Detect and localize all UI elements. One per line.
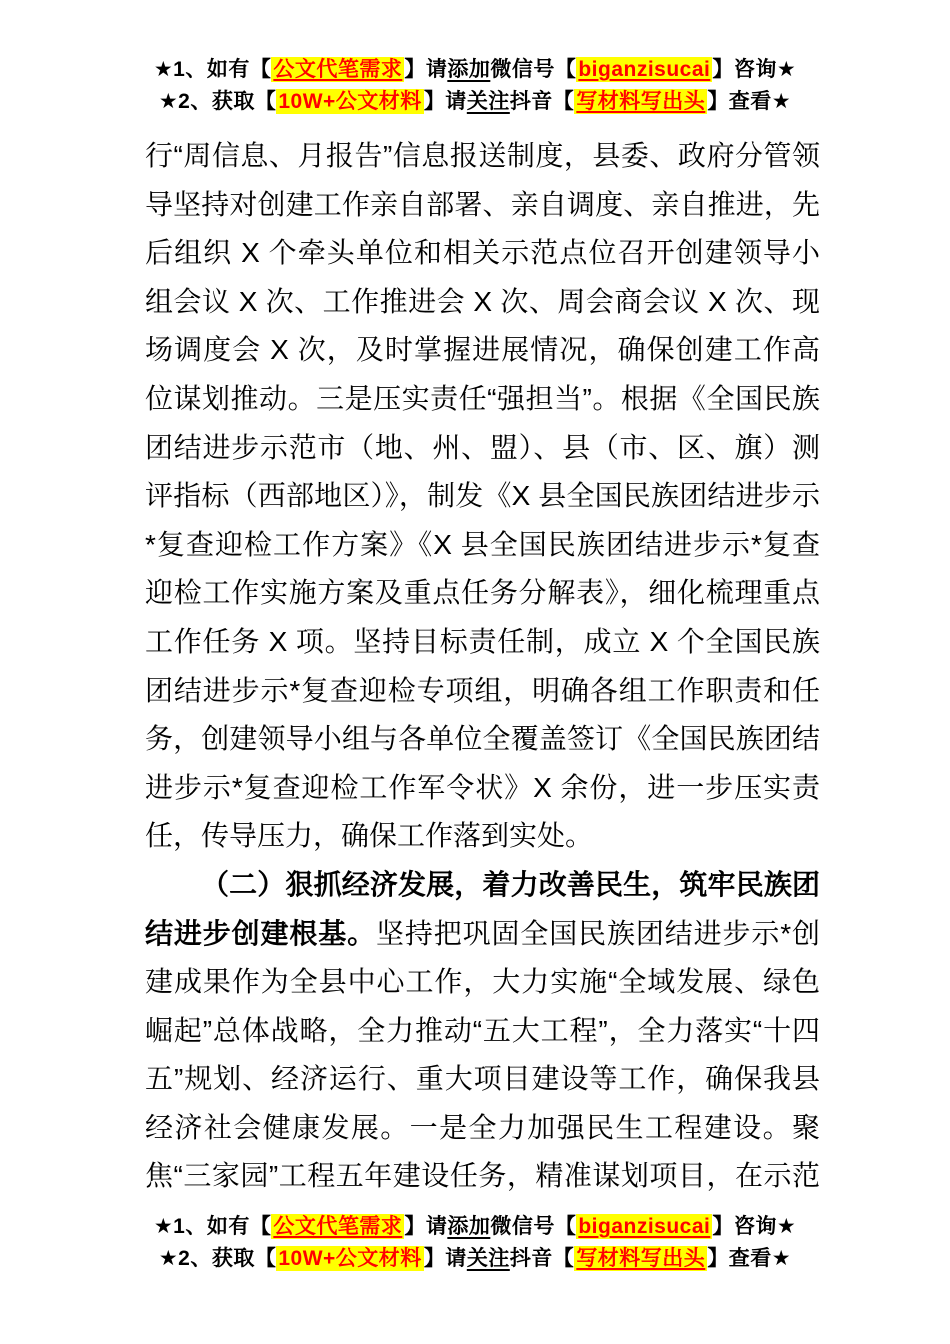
text-segment-plain: 行“周信息、月报告”信息报送制度，县委、政府分管领导坚持对创建工作亲自部署、亲自… <box>145 140 820 851</box>
text-segment-plain: 坚持把巩固全国民族团结进步示*创建成果作为全县中心工作，大力实施“全域发展、绿色… <box>145 918 820 1202</box>
text-segment-plain: 】查看★ <box>707 1247 791 1270</box>
text-segment-u: 添加 <box>447 58 490 81</box>
promo-header-line-1: ★1、如有【公文代笔需求】请添加微信号【biganzisucai】咨询★ <box>0 54 950 86</box>
text-segment-plain: 微信号【 <box>490 58 576 81</box>
text-segment-plain: 】请 <box>424 90 467 113</box>
body-paragraph-section-two: （二）狠抓经济发展，着力改善民生，筑牢民族团结进步创建根基。坚持把巩固全国民族团… <box>145 861 820 1201</box>
text-segment-u: 关注 <box>467 1247 510 1270</box>
promo-footer-line-2: ★2、获取【10W+公文材料】请关注抖音【写材料写出头】查看★ <box>0 1243 950 1275</box>
promo-header-line-2: ★2、获取【10W+公文材料】请关注抖音【写材料写出头】查看★ <box>0 86 950 118</box>
promo-header: ★1、如有【公文代笔需求】请添加微信号【biganzisucai】咨询★ ★2、… <box>0 0 950 118</box>
text-segment-plain: ★1、如有【 <box>154 58 272 81</box>
text-segment-u: 关注 <box>467 90 510 113</box>
text-segment-hlu: biganzisucai <box>576 57 712 82</box>
text-segment-plain: 】咨询★ <box>712 58 796 81</box>
text-segment-hl: 10W+公文材料 <box>276 1246 423 1271</box>
text-segment-hlu: biganzisucai <box>576 1214 712 1239</box>
text-segment-plain: 抖音【 <box>510 90 575 113</box>
text-segment-plain: ★2、获取【 <box>159 90 277 113</box>
text-segment-plain: 微信号【 <box>490 1215 576 1238</box>
document-body: 行“周信息、月报告”信息报送制度，县委、政府分管领导坚持对创建工作亲自部署、亲自… <box>145 132 820 1201</box>
text-segment-hl: 10W+公文材料 <box>276 89 423 114</box>
text-segment-hlu: 写材料写出头 <box>574 1246 707 1271</box>
text-segment-plain: 】咨询★ <box>712 1215 796 1238</box>
text-segment-plain: 】请 <box>404 1215 447 1238</box>
text-segment-plain: ★1、如有【 <box>154 1215 272 1238</box>
text-segment-hlu: 公文代笔需求 <box>271 57 404 82</box>
promo-footer: ★1、如有【公文代笔需求】请添加微信号【biganzisucai】咨询★ ★2、… <box>0 1211 950 1275</box>
document-page: ★1、如有【公文代笔需求】请添加微信号【biganzisucai】咨询★ ★2、… <box>0 0 950 1344</box>
promo-footer-line-1: ★1、如有【公文代笔需求】请添加微信号【biganzisucai】咨询★ <box>0 1211 950 1243</box>
text-segment-plain: ★2、获取【 <box>159 1247 277 1270</box>
text-segment-hlu: 写材料写出头 <box>574 89 707 114</box>
text-segment-plain: 】查看★ <box>707 90 791 113</box>
text-segment-plain: 抖音【 <box>510 1247 575 1270</box>
body-paragraph-continuation: 行“周信息、月报告”信息报送制度，县委、政府分管领导坚持对创建工作亲自部署、亲自… <box>145 132 820 861</box>
text-segment-hlu: 公文代笔需求 <box>271 1214 404 1239</box>
text-segment-plain: 】请 <box>424 1247 467 1270</box>
text-segment-u: 添加 <box>447 1215 490 1238</box>
text-segment-plain: 】请 <box>404 58 447 81</box>
